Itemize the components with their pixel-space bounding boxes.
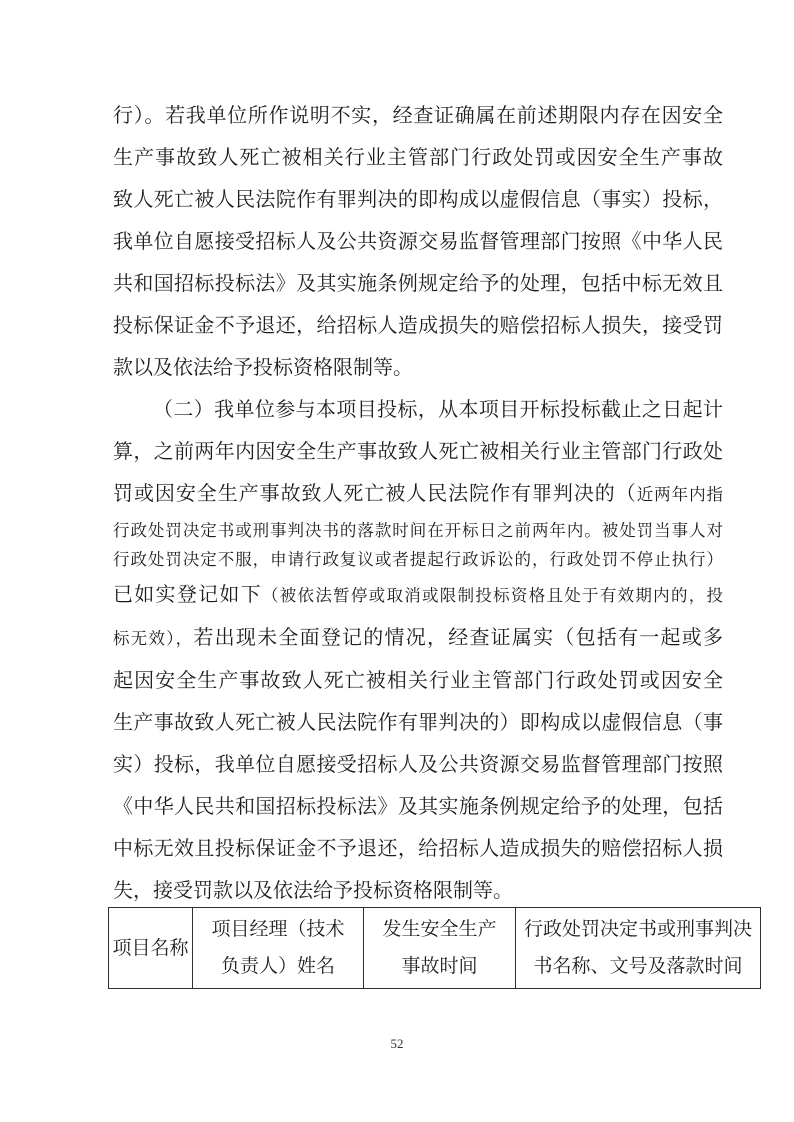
text-segment: 行）。若我单位所作说明不实，经查证确属在前述期限内存在因安全 [113,105,723,127]
text-segment: 款以及依法给予投标资格限制等。 [113,357,413,379]
penalty-record-table: 项目名称项目经理（技术负责人）姓名发生安全生产事故时间行政处罚决定书或刑事判决书… [108,907,761,989]
text-line: 生产事故致人死亡被相关行业主管部门行政处罚或因安全生产事故 [113,137,723,179]
text-segment: 我单位自愿接受招标人及公共资源交易监督管理部门按照《中华人民 [113,231,723,253]
text-line: 我单位自愿接受招标人及公共资源交易监督管理部门按照《中华人民 [113,221,723,263]
body-text: 行）。若我单位所作说明不实，经查证确属在前述期限内存在因安全生产事故致人死亡被相… [113,95,723,912]
table-header-cell: 项目名称 [109,908,193,989]
text-line: 投标保证金不予退还，给招标人造成损失的赔偿招标人损失，接受罚 [113,305,723,347]
text-line: 罚或因安全生产事故致人死亡被人民法院作有罪判决的（近两年内指 [113,473,723,516]
table-header-cell: 发生安全生产事故时间 [364,908,516,989]
table-header-cell: 项目经理（技术负责人）姓名 [193,908,364,989]
text-line: （二）我单位参与本项目投标，从本项目开标投标截止之日起计 [113,389,723,431]
table-cell-line: 项目名称 [111,930,190,967]
text-segment: 生产事故致人死亡被相关行业主管部门行政处罚或因安全生产事故 [113,147,723,169]
table-header-row: 项目名称项目经理（技术负责人）姓名发生安全生产事故时间行政处罚决定书或刑事判决书… [109,908,761,989]
text-line: 生产事故致人死亡被人民法院作有罪判决的）即构成以虚假信息（事 [113,702,723,744]
text-segment: 生产事故致人死亡被人民法院作有罪判决的）即构成以虚假信息（事 [113,712,723,734]
text-segment: 投标保证金不予退还，给招标人造成损失的赔偿招标人损失，接受罚 [113,315,723,337]
text-line: 款以及依法给予投标资格限制等。 [113,347,723,389]
text-segment: 已如实登记如下 [113,584,262,606]
text-line: 行政处罚决定不服，申请行政复议或者提起行政诉讼的，行政处罚不停止执行） [113,545,723,574]
text-segment: 致人死亡被人民法院作有罪判决的即构成以虚假信息（事实）投标， [113,189,723,211]
table-cell-line: 事故时间 [366,948,513,985]
text-line: 行）。若我单位所作说明不实，经查证确属在前述期限内存在因安全 [113,95,723,137]
text-segment-small: 行政处罚决定不服，申请行政复议或者提起行政诉讼的，行政处罚不停止执行） [113,550,723,569]
page-number: 52 [0,1036,794,1052]
text-line: 实）投标，我单位自愿接受招标人及公共资源交易监督管理部门按照 [113,744,723,786]
text-segment-small: 标无效）， [113,629,193,648]
text-segment: 中标无效且投标保证金不予退还，给招标人造成损失的赔偿招标人损 [113,838,723,860]
text-line: 失，接受罚款以及依法给予投标资格限制等。 [113,870,723,912]
text-segment-small: 近两年内指 [637,485,723,504]
text-line: 《中华人民共和国招标投标法》及其实施条例规定给予的处理，包括 [113,786,723,828]
table-cell-line: 负责人）姓名 [195,948,361,985]
text-segment: 失，接受罚款以及依法给予投标资格限制等。 [113,880,513,902]
table-cell-line: 发生安全生产 [366,911,513,948]
text-segment: 罚或因安全生产事故致人死亡被人民法院作有罪判决的（ [113,483,637,505]
text-line: 中标无效且投标保证金不予退还，给招标人造成损失的赔偿招标人损 [113,828,723,870]
document-page: 行）。若我单位所作说明不实，经查证确属在前述期限内存在因安全生产事故致人死亡被相… [0,0,794,1122]
table-cell-line: 行政处罚决定书或刑事判决 [518,911,758,948]
text-line: 算，之前两年内因安全生产事故致人死亡被相关行业主管部门行政处 [113,431,723,473]
text-segment: 共和国招标投标法》及其实施条例规定给予的处理，包括中标无效且 [113,273,723,295]
text-segment: 起因安全生产事故致人死亡被相关行业主管部门行政处罚或因安全 [113,670,723,692]
text-line: 标无效），若出现未全面登记的情况，经查证属实（包括有一起或多 [113,617,723,660]
table-cell-line: 书名称、文号及落款时间 [518,948,758,985]
text-segment: 《中华人民共和国招标投标法》及其实施条例规定给予的处理，包括 [113,796,723,818]
table-cell-line: 项目经理（技术 [195,911,361,948]
text-segment-small: 行政处罚决定书或刑事判决书的落款时间在开标日之前两年内。被处罚当事人对 [113,521,723,540]
text-line: 共和国招标投标法》及其实施条例规定给予的处理，包括中标无效且 [113,263,723,305]
text-segment: 实）投标，我单位自愿接受招标人及公共资源交易监督管理部门按照 [113,754,723,776]
text-line: 已如实登记如下（被依法暂停或取消或限制投标资格且处于有效期内的，投 [113,574,723,617]
text-segment: 算，之前两年内因安全生产事故致人死亡被相关行业主管部门行政处 [113,441,723,463]
table-header-cell: 行政处罚决定书或刑事判决书名称、文号及落款时间 [516,908,761,989]
text-line: 起因安全生产事故致人死亡被相关行业主管部门行政处罚或因安全 [113,660,723,702]
text-segment: 若出现未全面登记的情况，经查证属实（包括有一起或多 [193,627,723,649]
text-line: 行政处罚决定书或刑事判决书的落款时间在开标日之前两年内。被处罚当事人对 [113,516,723,545]
text-segment-small: （被依法暂停或取消或限制投标资格且处于有效期内的，投 [262,586,723,605]
text-segment: （二）我单位参与本项目投标，从本项目开标投标截止之日起计 [153,399,723,421]
text-line: 致人死亡被人民法院作有罪判决的即构成以虚假信息（事实）投标， [113,179,723,221]
